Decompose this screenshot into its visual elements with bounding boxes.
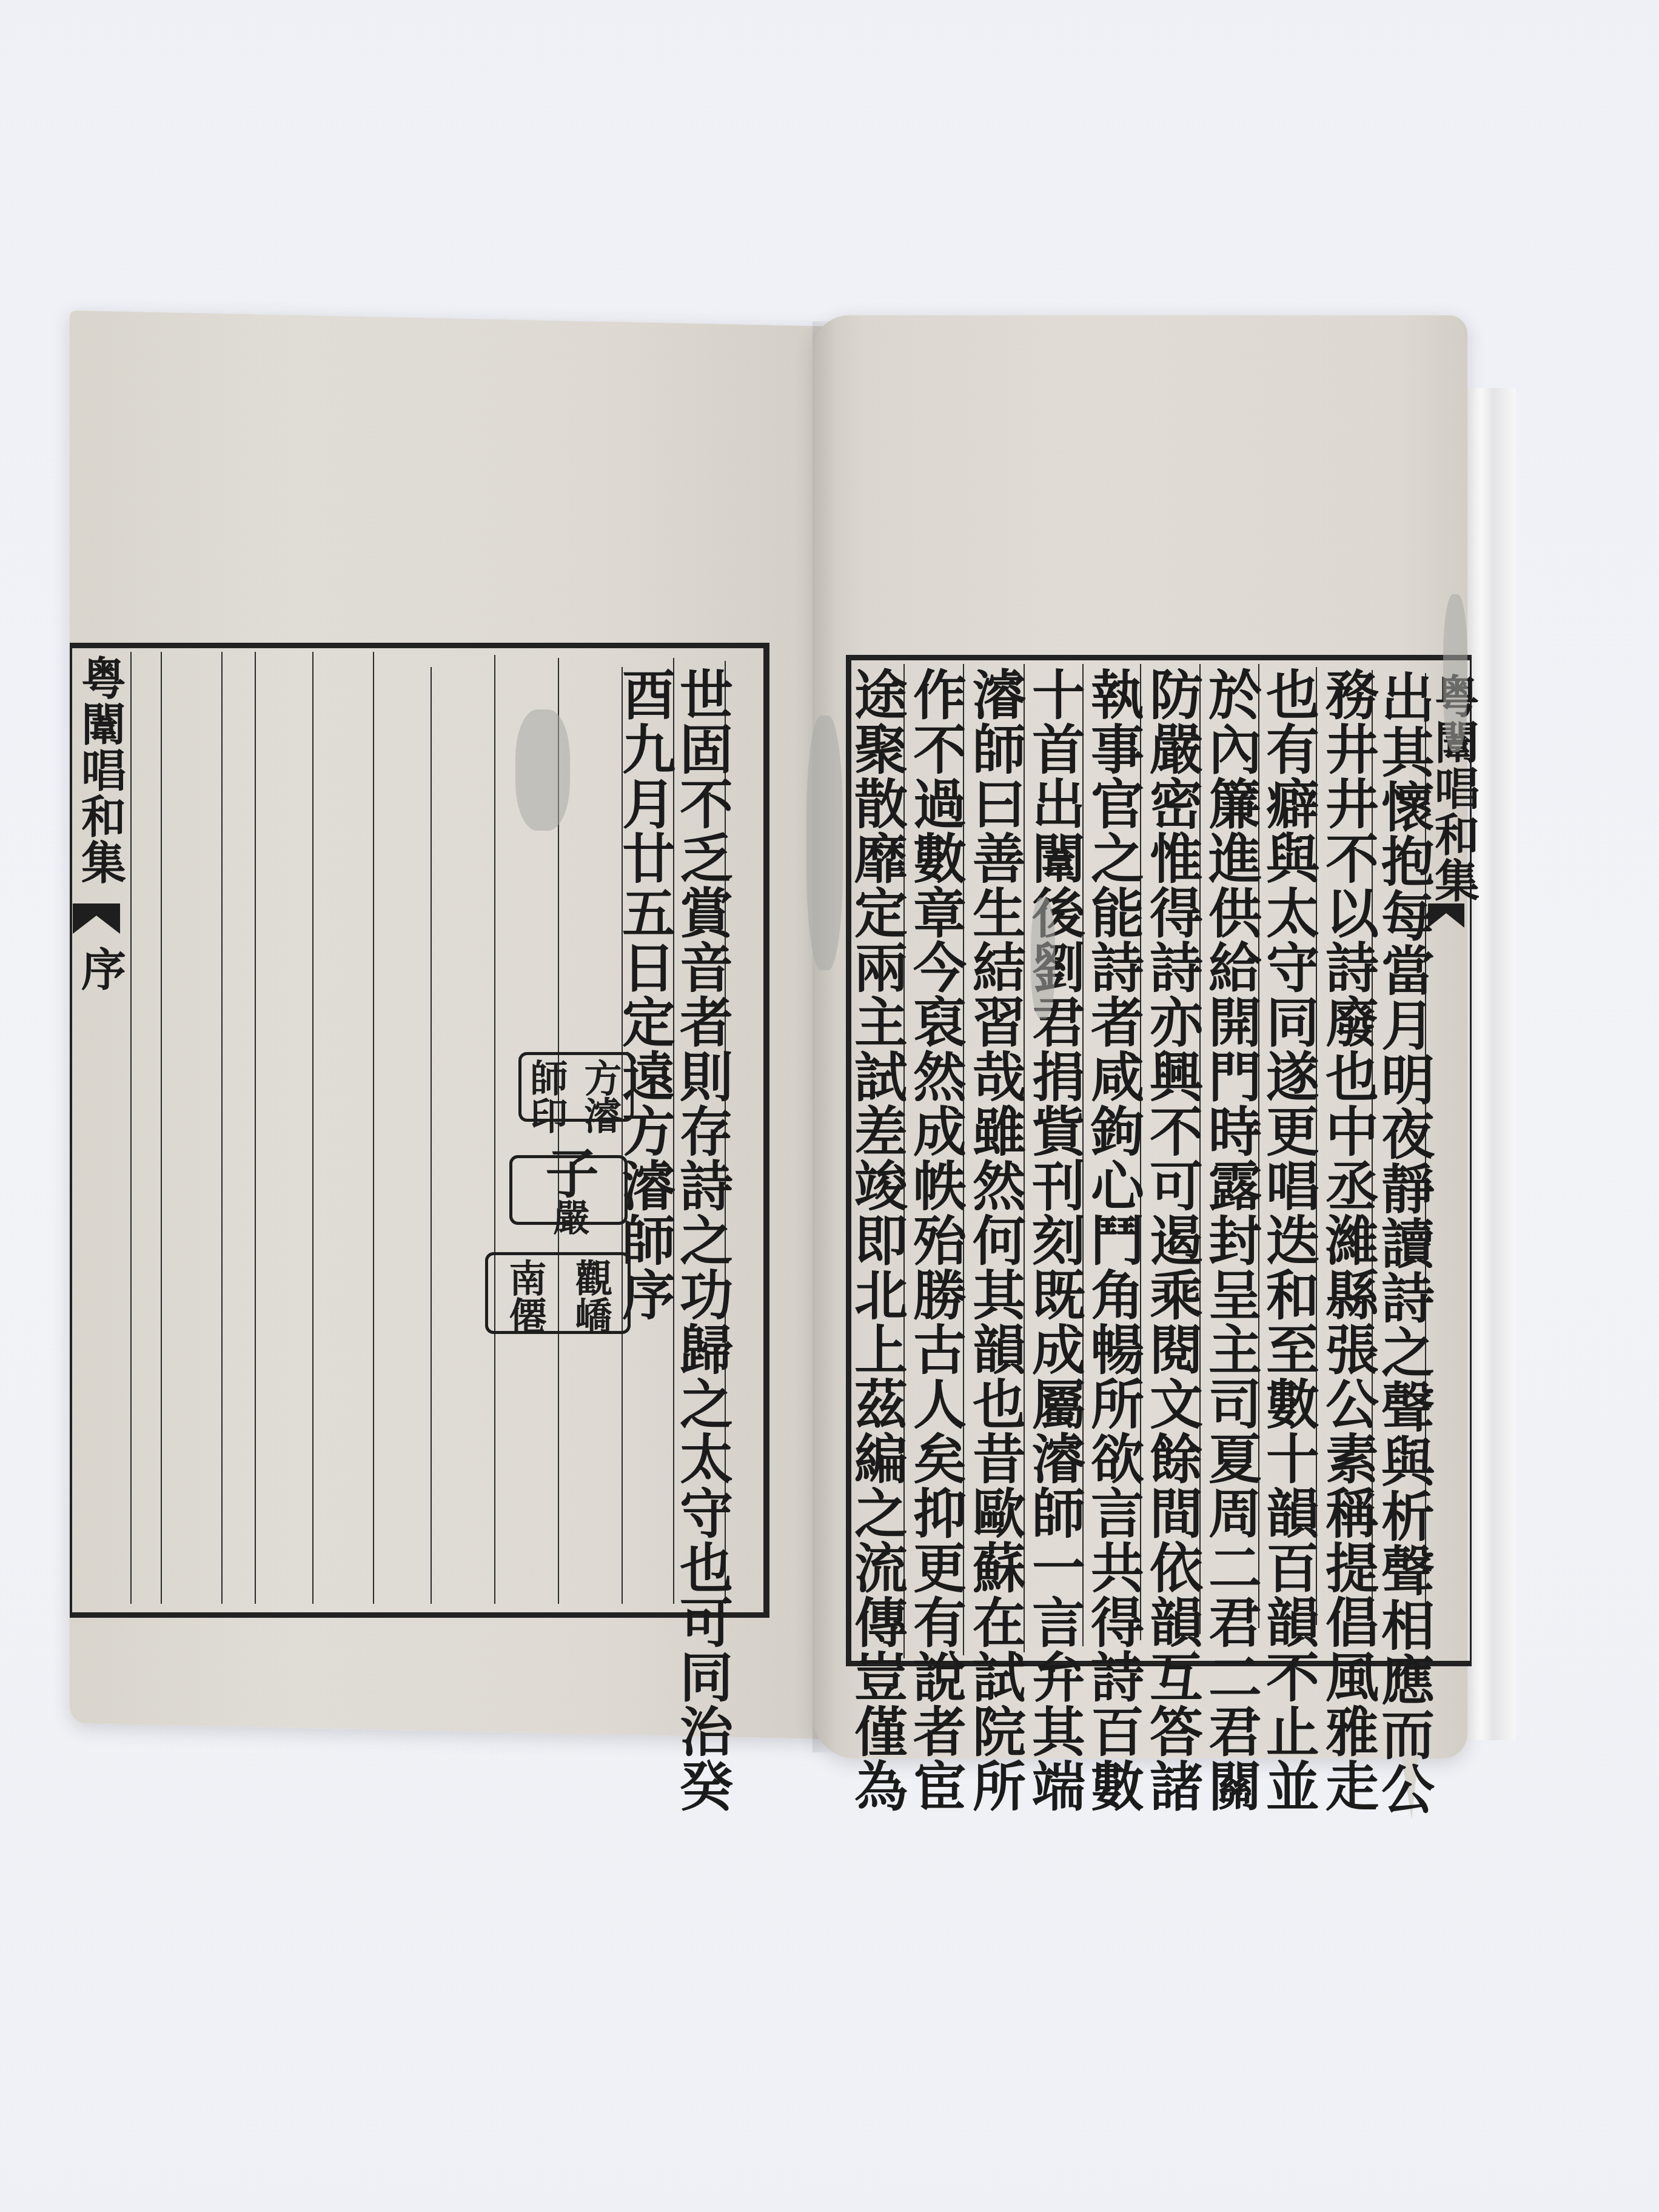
seal-char: 師	[519, 1059, 573, 1096]
column-rule	[431, 667, 432, 1604]
column-rule	[221, 652, 223, 1604]
seal-char: 僊	[498, 1296, 552, 1334]
seal-char: 濬	[573, 1096, 627, 1134]
worm-damage	[1031, 897, 1055, 1019]
right-text-column-6: 執事官之能詩者咸鉤心鬥角暢所欲言共得詩百數	[1087, 667, 1141, 1813]
column-rule	[130, 652, 132, 1604]
fang-junshi-seal: 方 濬 師 印	[518, 1052, 634, 1122]
column-rule	[373, 652, 374, 1604]
right-text-column-1: 出其懷抱每當月明夜靜讀詩之聲與析聲相應而公	[1378, 670, 1431, 1816]
seal-char: 觀	[564, 1259, 618, 1296]
column-rule	[494, 655, 495, 1604]
seal-char: 嶠	[564, 1296, 618, 1334]
right-text-column-4: 於內簾進供給開門時露封呈主司夏周二君二君關	[1205, 667, 1258, 1813]
right-text-column-7: 十首出闈後劉君捐貲刊刻既成屬濬師一言弁其端	[1028, 667, 1082, 1813]
round-seal: 子 嚴	[509, 1155, 628, 1225]
left-text-column-1: 世固不乏賞音者則存詩之功歸之太守也可同治癸	[676, 667, 729, 1813]
worm-damage	[806, 716, 843, 970]
book-gutter	[813, 321, 837, 1752]
column-rule	[312, 652, 313, 1604]
left-text-column-2: 酉九月廿五日定遠方濬師序	[618, 667, 672, 1322]
right-text-column-3: 也有癖與太守同遂更唱迭和至數十韻百韻不止並	[1262, 667, 1316, 1813]
left-margin-title: 粤闈唱和集	[78, 655, 122, 885]
seal-char: 方	[573, 1059, 627, 1096]
seal-char: 嚴	[543, 1199, 595, 1235]
column-rule	[255, 652, 256, 1604]
seal-char: 子	[531, 1145, 607, 1199]
guanqiao-seal: 觀 嶠 南 僊	[485, 1252, 631, 1334]
right-text-column-8: 濬師曰善生結習哉雖然何其韻也昔歐蘇在試院所	[969, 667, 1022, 1813]
worm-damage	[515, 709, 570, 831]
column-rule	[161, 652, 162, 1604]
seal-char: 南	[498, 1259, 552, 1296]
right-text-column-10: 途聚散靡定兩主試差竣即北上茲編之流傳豈僅為	[851, 667, 904, 1813]
right-text-column-2: 務井井不以詩廢也中丞濰縣張公素稱提倡風雅走	[1322, 667, 1375, 1813]
left-margin-section: 序	[78, 946, 122, 992]
seal-char: 印	[519, 1096, 573, 1134]
right-text-column-5: 防嚴密惟得詩亦興不可遏乘閱文餘間依韻互答諸	[1146, 667, 1199, 1813]
right-text-column-9: 作不過數章今裒然成帙殆勝古人矣抑更有說者宦	[910, 667, 963, 1813]
worm-damage	[1443, 594, 1467, 752]
